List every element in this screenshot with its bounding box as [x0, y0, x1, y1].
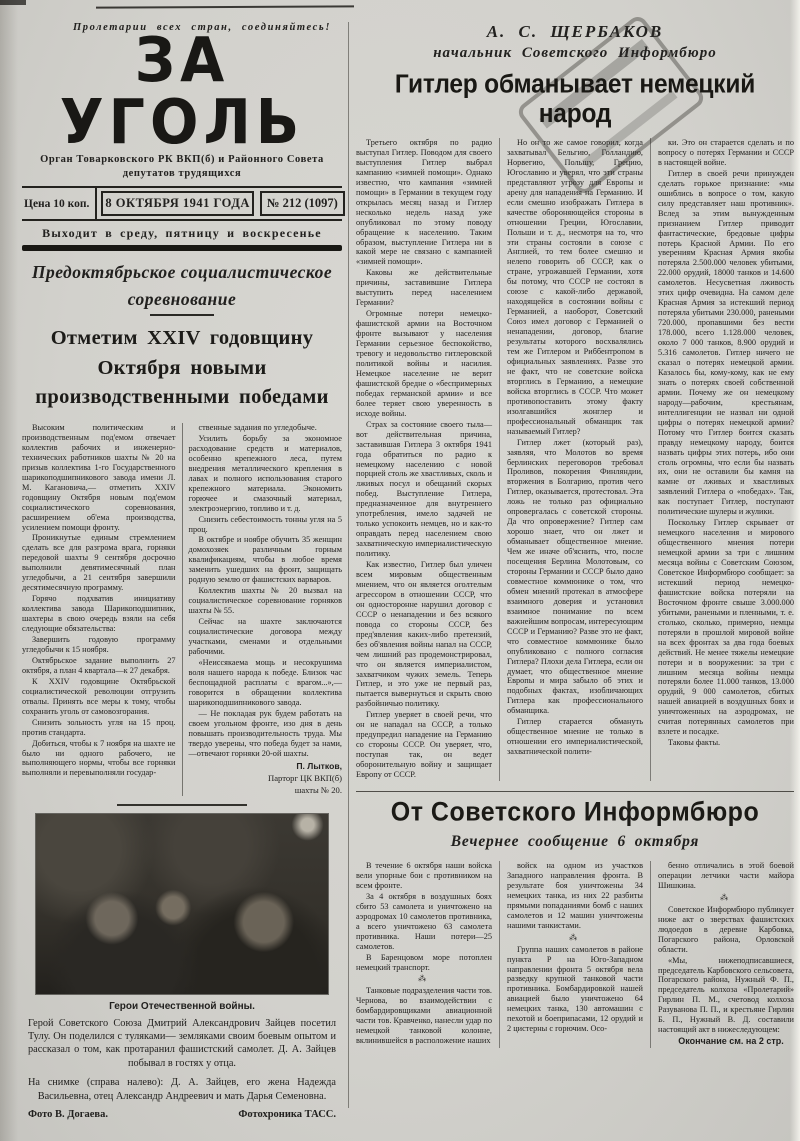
- paragraph: ки. Это он старается сделать и по вопрос…: [658, 138, 794, 168]
- paragraph: Усилить борьбу за экономное расходование…: [189, 434, 343, 514]
- informbureau-subhead: Вечернее сообщение 6 октября: [356, 833, 794, 851]
- photo-caption-text: Герой Советского Союза Дмитрий Александр…: [28, 1017, 336, 1071]
- paragraph: Снизить себестоимость тонны угля на 5 пр…: [189, 515, 343, 535]
- main-article-body: Третьего октября по радио выступал Гитле…: [356, 138, 794, 781]
- main-article-col-3: ки. Это он старается сделать и по вопрос…: [651, 138, 794, 781]
- paragraph: Высоким политическим и производственным …: [22, 423, 176, 532]
- photo-credits: Фото В. Догаева. Фотохроника ТАСС.: [28, 1109, 336, 1120]
- paragraph: Танковые подразделения части тов. Чернов…: [356, 986, 492, 1046]
- paragraph: Коллектив шахты № 20 вызвал на социалист…: [189, 586, 343, 616]
- main-article-col-1: Третьего октября по радио выступал Гитле…: [356, 138, 500, 781]
- left-article-headline: Отметим XXIV годовщину Октября новыми пр…: [22, 324, 342, 413]
- scan-artifact: [0, 0, 26, 5]
- newspaper-title: ЗА УГОЛЬ: [22, 30, 342, 153]
- paragraph: В Баренцовом море потоплен немецкий тран…: [356, 953, 492, 973]
- photo-caption-text: На снимке (справа налево): Д. А. Зайцев,…: [28, 1076, 336, 1103]
- masthead-rule: [22, 245, 342, 251]
- scan-artifact: [96, 5, 354, 8]
- ornament-separator: ⁂: [356, 974, 492, 984]
- paragraph: Добиться, чтобы к 7 ноября на шахте не б…: [22, 739, 176, 779]
- right-column-block: А. С. ЩЕРБАКОВ начальник Советского Инфо…: [356, 22, 794, 1048]
- photo-zaitsev-family: [36, 814, 328, 994]
- paragraph: Таковы факты.: [658, 738, 794, 748]
- paragraph: Гитлер уверяет в своей речи, что он не н…: [356, 710, 492, 780]
- author-byline: А. С. ЩЕРБАКОВ: [356, 22, 794, 42]
- paragraph: Завершить годовую программу угледобычи к…: [22, 635, 176, 655]
- photo-caption: Герои Отечественной войны. Герой Советск…: [28, 1001, 336, 1120]
- paragraph: Третьего октября по радио выступал Гитле…: [356, 138, 492, 267]
- informbureau-col-1: В течение 6 октября наши войска вели упо…: [356, 861, 500, 1048]
- continuation-note: Окончание см. на 2 стр.: [658, 1036, 794, 1047]
- ornament-separator: ⁂: [658, 893, 794, 903]
- paragraph: Октябрьское задание выполнить 27 октября…: [22, 656, 176, 676]
- paragraph: Но он то же самое говорил, когда захваты…: [507, 138, 643, 437]
- informbureau-col-2: войск на одном из участков Западного нап…: [500, 861, 651, 1048]
- paragraph: За 4 октября в воздушных боях сбито 53 с…: [356, 892, 492, 952]
- column-divider: [348, 22, 349, 1108]
- paragraph: войск на одном из участков Западного нап…: [507, 861, 643, 931]
- paragraph: Проникнутые единым стремлением сделать в…: [22, 533, 176, 593]
- masthead-info-row: Цена 10 коп. 8 ОКТЯБРЯ 1941 ГОДА № 212 (…: [22, 186, 342, 221]
- informbureau-col-3: бенно отличались в этой боевой операции …: [651, 861, 794, 1048]
- publication-schedule: Выходит в среду, пятницу и воскресенье: [22, 226, 342, 241]
- photo-caption-title: Герои Отечественной войны.: [28, 1001, 336, 1012]
- paragraph: Гитлер лжет (который раз), заявляя, что …: [507, 438, 643, 717]
- kicker-rule: [150, 314, 214, 316]
- left-article-col-1: Высоким политическим и производственным …: [22, 423, 183, 796]
- paragraph: бенно отличались в этой боевой операции …: [658, 861, 794, 891]
- signature-role: шахты № 20.: [189, 785, 343, 797]
- price-label: Цена 10 коп.: [22, 188, 97, 219]
- paragraph: Огромные потери немецко-фашистской армии…: [356, 309, 492, 418]
- paragraph: Как известно, Гитлер был уличен всем мир…: [356, 560, 492, 709]
- informbureau-headline: От Советского Информбюро: [356, 797, 794, 828]
- photo-credit-agency: Фотохроника ТАСС.: [238, 1109, 336, 1120]
- paragraph: Советское Информбюро публикует ниже акт …: [658, 905, 794, 955]
- signature-role: Парторг ЦК ВКП(б): [189, 773, 343, 785]
- paragraph: К XXIV годовщине Октябрьской социалистич…: [22, 677, 176, 717]
- informbureau-col-3-text: бенно отличались в этой боевой операции …: [658, 861, 794, 1035]
- paragraph: ственные задания по угледобыче.: [189, 423, 343, 433]
- newspaper-page: Пролетарии всех стран, соединяйтесь! ЗА …: [0, 0, 800, 1141]
- paragraph: Группа наших самолетов в районе пункта Р…: [507, 945, 643, 1035]
- paragraph: «Мы, нижеподписавшиеся, председатель Кар…: [658, 956, 794, 1036]
- issue-date: 8 ОКТЯБРЯ 1941 ГОДА: [101, 191, 253, 216]
- paragraph: Снизить зольность угля на 15 проц. проти…: [22, 718, 176, 738]
- paragraph: Горячо подхватив инициативу коллектива з…: [22, 594, 176, 634]
- paragraph: Гитлер в своей речи принужден сделать го…: [658, 169, 794, 517]
- paragraph: Страх за состояние своего тыла—вот дейст…: [356, 420, 492, 559]
- informbureau-body: В течение 6 октября наши войска вели упо…: [356, 861, 794, 1048]
- signature-name: П. Лытков,: [189, 761, 343, 773]
- paragraph: Каковы же действительные причины, застав…: [356, 268, 492, 308]
- author-role: начальник Советского Информбюро: [356, 45, 794, 62]
- left-article-body: Высоким политическим и производственным …: [22, 423, 342, 796]
- left-article-col-2: ственные задания по угледобыче.Усилить б…: [183, 423, 343, 796]
- left-article-kicker: Предоктябрьское социалистическое соревно…: [22, 259, 342, 312]
- main-article-col-2: Но он то же самое говорил, когда захваты…: [500, 138, 651, 781]
- paragraph: В течение 6 октября наши войска вели упо…: [356, 861, 492, 891]
- ornament-separator: ⁂: [507, 933, 643, 943]
- left-column-block: Пролетарии всех стран, соединяйтесь! ЗА …: [22, 18, 342, 1120]
- paragraph: «Неиссякаема мощь и несокрушима воля наш…: [189, 658, 343, 708]
- informbureau-section: От Советского Информбюро Вечернее сообще…: [356, 791, 794, 1048]
- paragraph: В октябре и ноябре обучить 35 женщин дом…: [189, 535, 343, 585]
- photo-credit-photographer: Фото В. Догаева.: [28, 1109, 108, 1120]
- paragraph: Сейчас на шахте заключаются социалистиче…: [189, 617, 343, 657]
- left-article-col-2-text: ственные задания по угледобыче.Усилить б…: [189, 423, 343, 758]
- paragraph: — Не покладая рук будем работать на свое…: [189, 709, 343, 759]
- section-rule: [117, 804, 247, 806]
- main-article-headline: Гитлер обманывает немецкий народ: [356, 71, 794, 130]
- paragraph: Гитлер старается обмануть общественное м…: [507, 717, 643, 757]
- issue-number: № 212 (1097): [260, 191, 345, 216]
- article-signature: П. Лытков, Парторг ЦК ВКП(б) шахты № 20.: [189, 761, 343, 796]
- paragraph: Поскольку Гитлер скрывает от немецкого н…: [658, 518, 794, 737]
